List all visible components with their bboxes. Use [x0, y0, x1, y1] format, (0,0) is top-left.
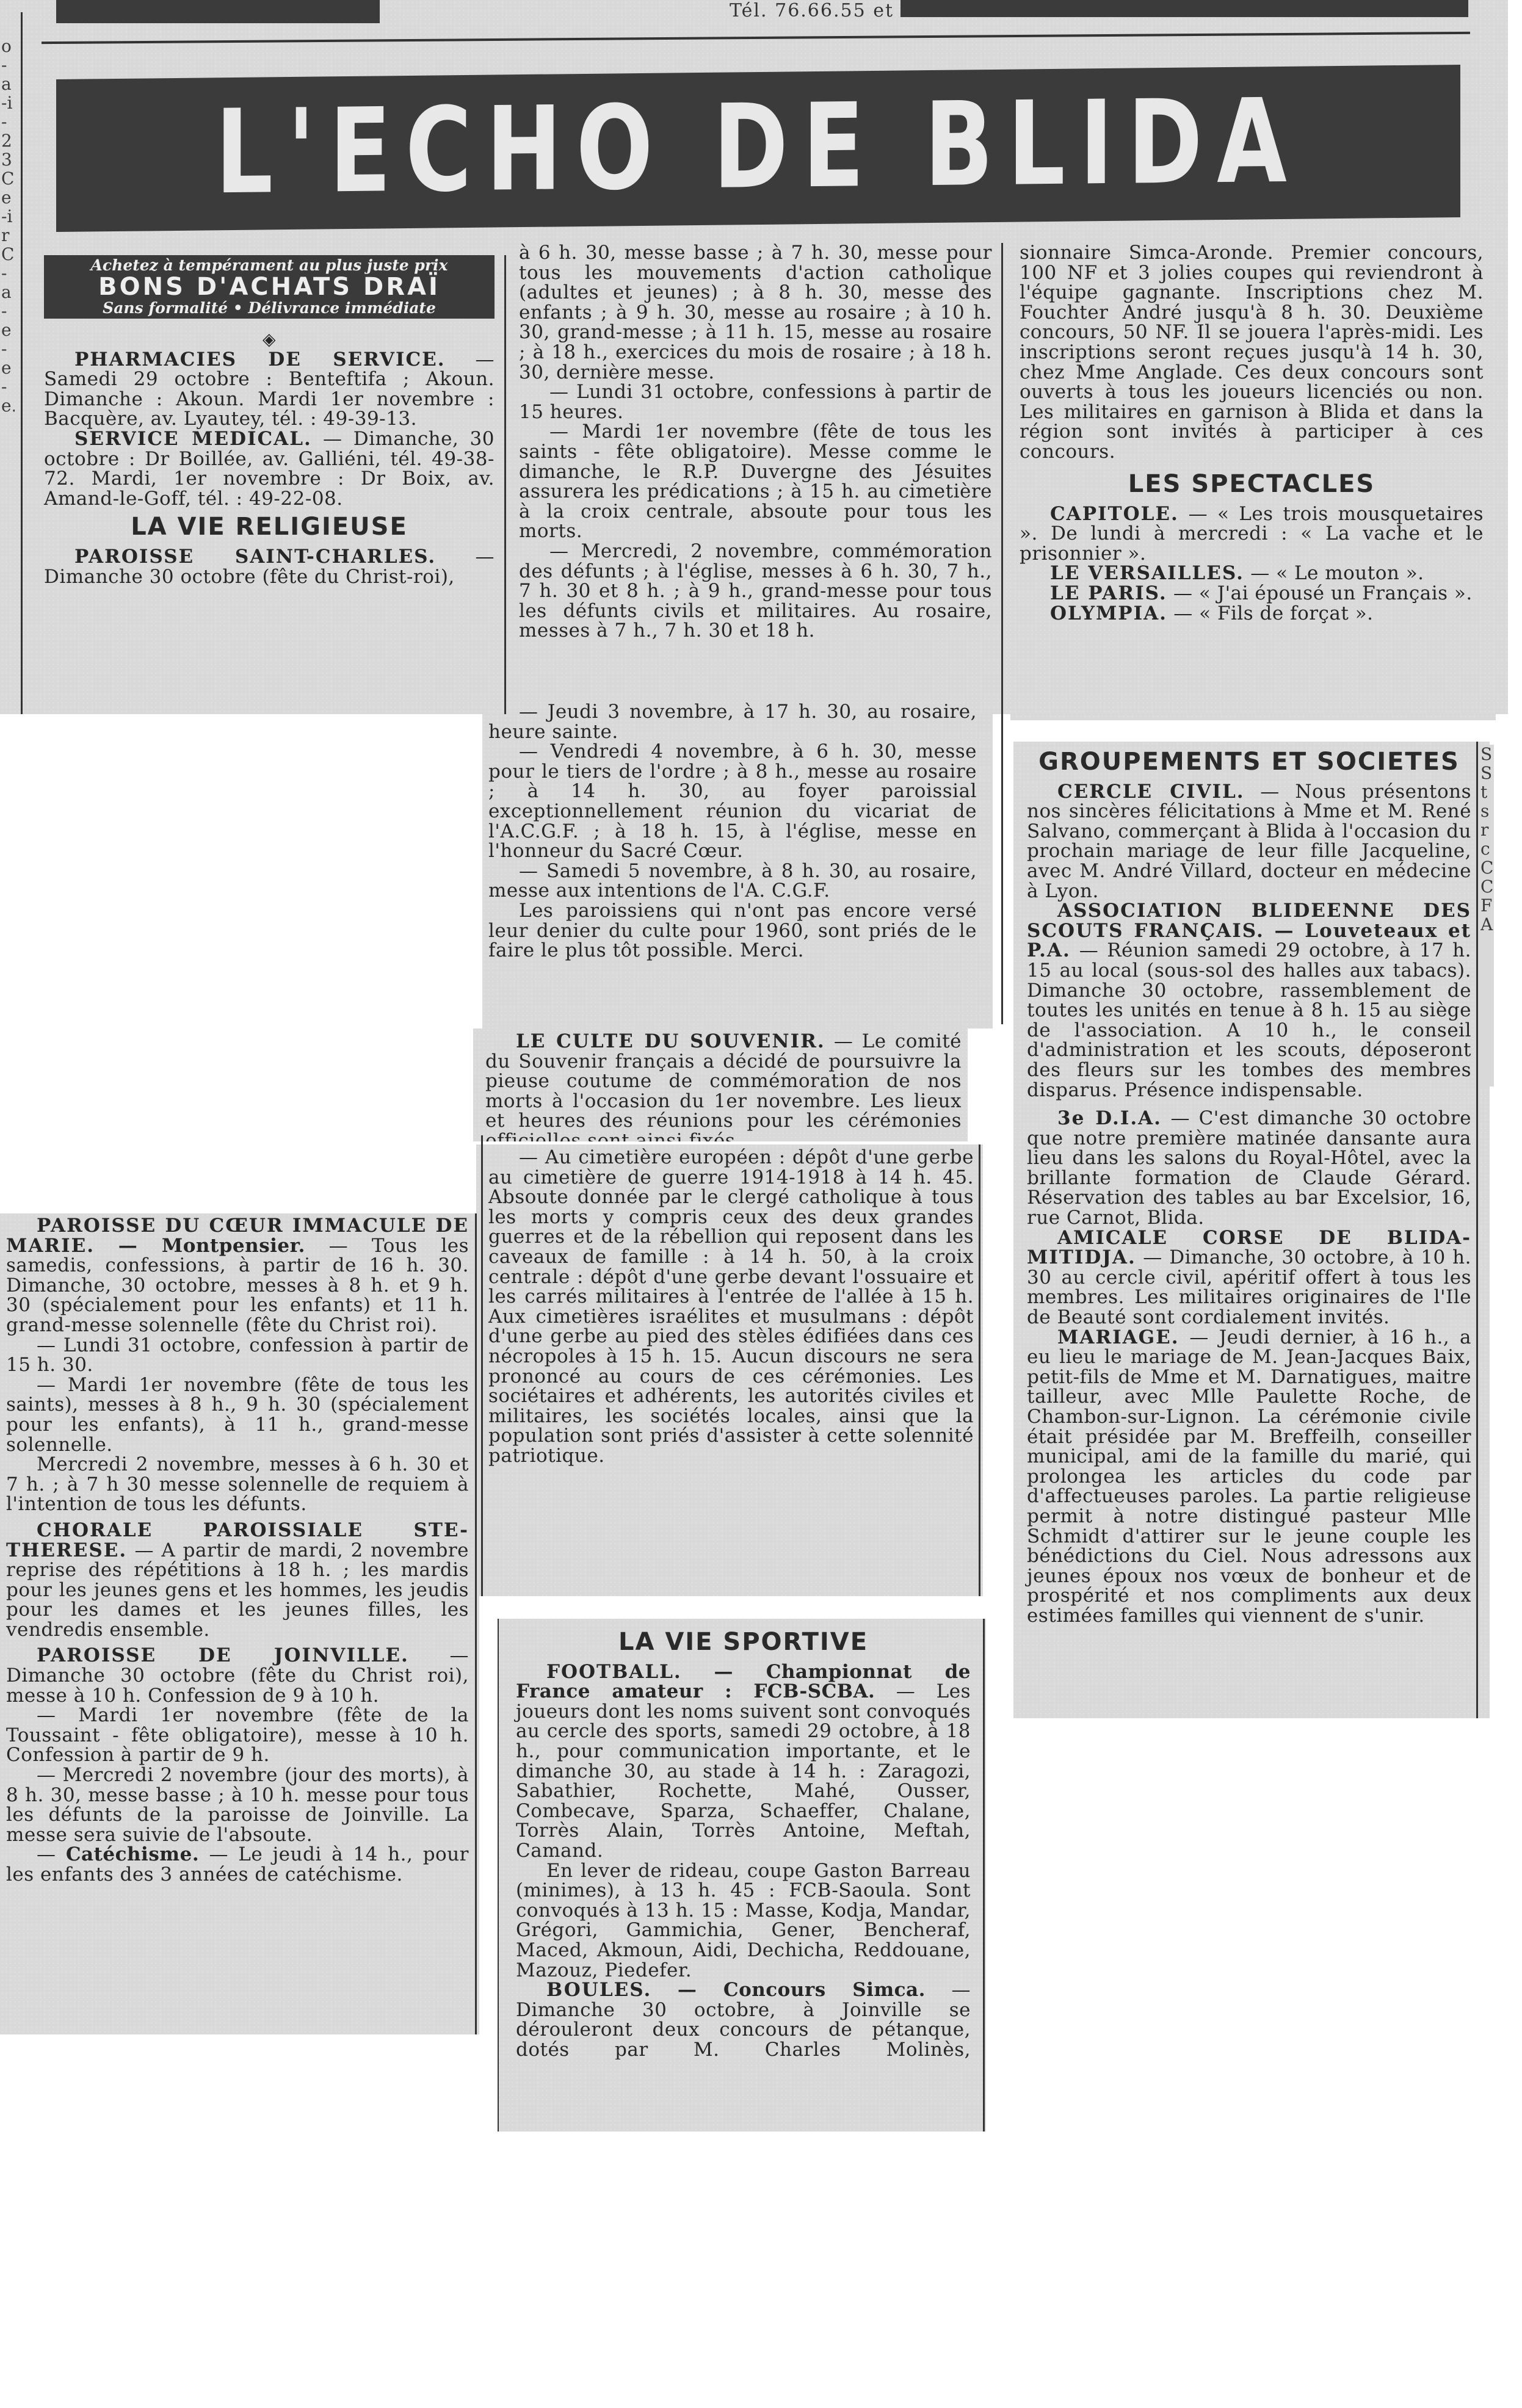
spectacle-item: LE VERSAILLES. — « Le mouton ». [1020, 563, 1484, 584]
article-pharmacies: PHARMACIES DE SERVICE. — Samedi 29 octob… [44, 350, 495, 429]
souvenir-cimetiere-block: — Au cimetière européen : dépôt d'une ge… [488, 1148, 974, 1466]
souvenir-title: LE CULTE DU SOUVENIR. [516, 1032, 825, 1052]
column-sportive: LA VIE SPORTIVE FOOTBALL. — Championnat … [516, 1624, 971, 2059]
cercle-title: CERCLE CIVIL. [1057, 781, 1245, 803]
masthead: L'ECHO DE BLIDA [56, 65, 1460, 232]
column-2: à 6 h. 30, messe basse ; à 7 h. 30, mess… [519, 243, 992, 641]
spectacle-venue: LE VERSAILLES. [1050, 562, 1244, 584]
column-left-lower: PAROISSE DU CŒUR IMMACULE DE MARIE. — Mo… [6, 1216, 469, 1885]
article-saint-charles: PAROISSE SAINT-CHARLES. — Dimanche 30 oc… [44, 547, 495, 587]
masthead-title: L'ECHO DE BLIDA [211, 78, 1306, 217]
groupements-right-rule [1476, 742, 1478, 1718]
saint-charles-para-4: — Jeudi 3 novembre, à 17 h. 30, au rosai… [488, 702, 977, 742]
pharmacies-title: PHARMACIES DE SERVICE. [74, 349, 446, 371]
sportive-right-rule [983, 1619, 985, 2131]
souvenir-cimetiere: — Au cimetière européen : dépôt d'une ge… [488, 1148, 974, 1466]
article-amicale-corse: AMICALE CORSE DE BLIDA-MITIDJA. — Dimanc… [1027, 1228, 1471, 1328]
spectacle-venue: LE PARIS. [1050, 582, 1167, 604]
left-margin-fragment: o-a-i-23 C. e-ir C-a-e-e-e. u e t. n a e [1, 37, 15, 415]
football-lever-rideau: En lever de rideau, coupe Gaston Barreau… [516, 1861, 971, 1981]
ad-line-1: Achetez à tempérament au plus juste prix [44, 255, 495, 275]
article-cercle-civil: CERCLE CIVIL. — Nous présentons nos sinc… [1027, 782, 1471, 902]
right-margin-fragment: S S t s r c C C F A [1480, 745, 1494, 1086]
advertisement-bons-achats: Achetez à tempérament au plus juste prix… [44, 255, 495, 319]
spectacle-venue: CAPITOLE. [1050, 503, 1179, 525]
scouts-body: — Réunion samedi 29 octobre, à 17 h. 15 … [1027, 939, 1471, 1101]
souvenir-left-rule [481, 1135, 483, 1596]
souvenir-intro-block: LE CULTE DU SOUVENIR. — Le comité du Sou… [485, 1032, 962, 1141]
article-catechisme: — Catéchisme. — Le jeudi à 14 h., pour l… [6, 1845, 469, 1884]
saint-charles-para-3: — Mercredi, 2 novembre, commémoration de… [519, 541, 992, 641]
catechisme-title: Catéchisme. [66, 1843, 199, 1865]
top-black-bar-left [56, 0, 380, 23]
ad-line-2: BONS D'ACHATS DRAÏ [44, 275, 495, 299]
heading-vie-sportive: LA VIE SPORTIVE [516, 1632, 971, 1652]
coeur-para-2: — Mardi 1er novembre (fête de tous les s… [6, 1375, 469, 1455]
spectacle-item: OLYMPIA. — « Fils de forçat ». [1020, 604, 1484, 624]
mariage-body: — Jeudi dernier, à 16 h., a eu lieu le m… [1027, 1326, 1471, 1627]
column-3: sionnaire Simca-Aronde. Premier concours… [1020, 243, 1484, 623]
clipping-top-right [1010, 714, 1496, 720]
sportive-left-rule [498, 1619, 499, 2131]
article-boules: BOULES. — Concours Simca. — Dimanche 30 … [516, 1980, 971, 2059]
spectacle-item: CAPITOLE. — « Les trois mousquetaires ».… [1020, 504, 1484, 564]
heading-vie-religieuse: LA VIE RELIGIEUSE [44, 517, 495, 537]
column-2-continued: — Jeudi 3 novembre, à 17 h. 30, au rosai… [488, 702, 977, 961]
joinville-para-2: — Mercredi 2 novembre (jour des morts), … [6, 1765, 469, 1845]
joinville-para-1: — Mardi 1er novembre (fête de la Toussai… [6, 1705, 469, 1765]
column-rule-1 [504, 255, 506, 714]
football-title: FOOTBALL. [546, 1661, 682, 1683]
column-rule-2 [1001, 243, 1003, 1024]
boules-title: BOULES. [546, 1980, 651, 2001]
saint-charles-para-2: — Mardi 1er novembre (fête de tous les s… [519, 422, 992, 541]
article-dia: 3e D.I.A. — C'est dimanche 30 octobre qu… [1027, 1108, 1471, 1228]
left-column-rule [21, 12, 23, 714]
column-groupements: GROUPEMENTS ET SOCIETES CERCLE CIVIL. — … [1027, 743, 1471, 1626]
article-football: FOOTBALL. — Championnat de France amateu… [516, 1662, 971, 1861]
spectacle-film: — « J'ai épousé un Français ». [1173, 582, 1473, 604]
spectacle-film: — « Fils de forçat ». [1173, 602, 1373, 624]
coeur-subtitle: — Montpensier. [118, 1235, 305, 1257]
column-1: ◈ PHARMACIES DE SERVICE. — Samedi 29 oct… [44, 330, 495, 587]
souvenir-right-rule [979, 1144, 980, 1596]
dia-title: 3e D.I.A. [1057, 1107, 1162, 1129]
boules-tail: sionnaire Simca-Aronde. Premier concours… [1020, 243, 1484, 463]
heading-spectacles: LES SPECTACLES [1020, 474, 1484, 494]
article-medical: SERVICE MEDICAL. — Dimanche, 30 octobre … [44, 429, 495, 508]
spectacle-item: LE PARIS. — « J'ai épousé un Français ». [1020, 584, 1484, 604]
saint-charles-para-5: — Vendredi 4 novembre, à 6 h. 30, messe … [488, 742, 977, 861]
article-coeur-immacule: PAROISSE DU CŒUR IMMACULE DE MARIE. — Mo… [6, 1216, 469, 1336]
saint-charles-para-1: — Lundi 31 octobre, confessions à partir… [519, 382, 992, 422]
joinville-title: PAROISSE DE JOINVILLE. [37, 1644, 409, 1666]
article-scouts: ASSOCIATION BLIDEENNE DES SCOUTS FRANÇAI… [1027, 901, 1471, 1100]
mariage-title: MARIAGE. [1057, 1326, 1180, 1348]
ad-line-3: Sans formalité • Délivrance immédiate [44, 299, 495, 317]
coeur-para-3: Mercredi 2 novembre, messes à 6 h. 30 et… [6, 1455, 469, 1514]
left-lower-right-rule [475, 1213, 477, 2034]
saint-charles-para-6: — Samedi 5 novembre, à 8 h. 30, au rosai… [488, 861, 977, 901]
coeur-para-1: — Lundi 31 octobre, confession à partir … [6, 1336, 469, 1375]
saint-charles-title: PAROISSE SAINT-CHARLES. [74, 546, 436, 568]
article-joinville: PAROISSE DE JOINVILLE. — Dimanche 30 oct… [6, 1646, 469, 1705]
boules-subtitle: — Concours Simca. [678, 1980, 926, 2001]
ornament-icon: ◈ [44, 330, 495, 350]
football-body: — Les joueurs dont les noms suivent sont… [516, 1680, 971, 1862]
top-black-bar-right [901, 0, 1468, 17]
spectacle-venue: OLYMPIA. [1050, 602, 1167, 624]
saint-charles-para-7: Les paroissiens qui n'ont pas encore ver… [488, 901, 977, 961]
boules-continued: sionnaire Simca-Aronde. Premier concours… [1020, 243, 1484, 466]
saint-charles-para-0: à 6 h. 30, messe basse ; à 7 h. 30, mess… [519, 243, 992, 382]
article-souvenir: LE CULTE DU SOUVENIR. — Le comité du Sou… [485, 1032, 962, 1141]
article-mariage: MARIAGE. — Jeudi dernier, à 16 h., a eu … [1027, 1328, 1471, 1626]
spectacle-film: — « Le mouton ». [1250, 562, 1424, 584]
medical-title: SERVICE MEDICAL. [74, 428, 312, 450]
heading-groupements: GROUPEMENTS ET SOCIETES [1027, 752, 1471, 772]
article-chorale: CHORALE PAROISSIALE STE-THERESE. — A par… [6, 1520, 469, 1640]
